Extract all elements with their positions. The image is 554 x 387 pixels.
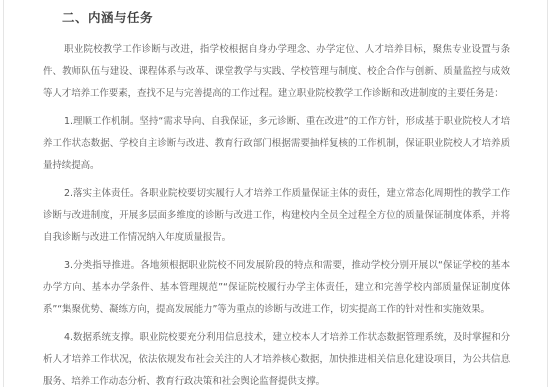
task-paragraph-1: 1.理顺工作机制。坚持“需求导向、自我保证，多元诊断、重在改进”的工作方针，形成… xyxy=(43,111,510,177)
section-heading: 二、内涵与任务 xyxy=(62,10,510,26)
document-page: 二、内涵与任务 职业院校教学工作诊断与改进，指学校根据自身办学理念、办学定位、人… xyxy=(3,0,548,387)
task-paragraph-2: 2.落实主体责任。各职业院校要切实履行人才培养工作质量保证主体的责任，建立常态化… xyxy=(43,183,510,249)
intro-paragraph: 职业院校教学工作诊断与改进，指学校根据自身办学理念、办学定位、人才培养目标，聚焦… xyxy=(43,39,510,105)
task-paragraph-3: 3.分类指导推进。各地须根据职业院校不同发展阶段的特点和需要，推动学校分别开展以… xyxy=(43,255,510,321)
task-paragraph-4: 4.数据系统支撑。职业院校要充分利用信息技术，建立校本人才培养工作状态数据管理系… xyxy=(43,327,510,387)
